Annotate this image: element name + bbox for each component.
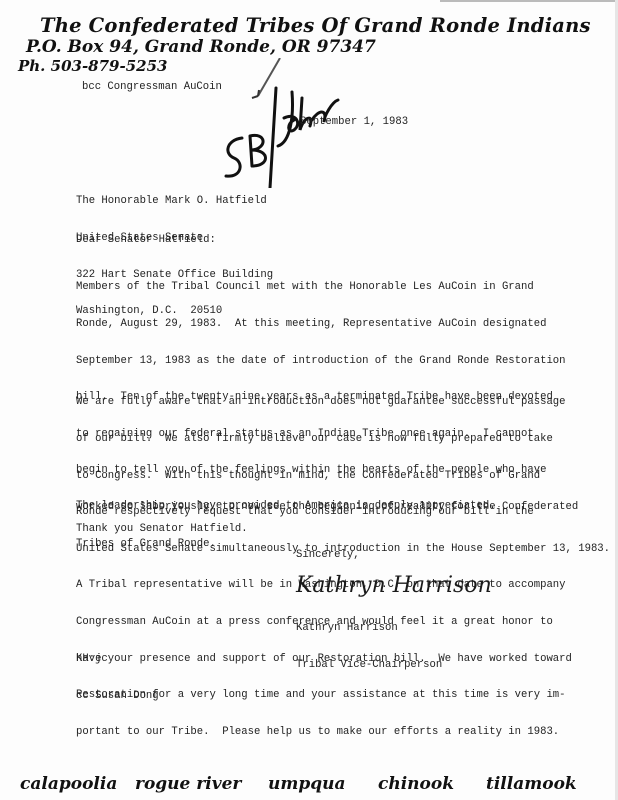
text-line: to Congress. With this thought in mind, … xyxy=(76,470,610,482)
footer-tribe: calapoolia xyxy=(20,774,117,794)
paragraph-3: The leadership you have provided to Amer… xyxy=(76,500,496,512)
letterhead-organization: The Confederated Tribes Of Grand Ronde I… xyxy=(40,14,591,37)
text-line: of our bill. We also firmly believe our … xyxy=(76,433,610,445)
text-line: September 13, 1983 as the date of introd… xyxy=(76,355,578,367)
scan-edge xyxy=(440,0,618,2)
text-line: Ronde, August 29, 1983. At this meeting,… xyxy=(76,318,578,330)
footer-tribe: rogue river xyxy=(135,774,241,794)
cc-line: cc Susan Dong xyxy=(76,690,159,702)
letter-page: The Confederated Tribes Of Grand Ronde I… xyxy=(0,0,618,800)
footer-tribes: calapoolia rogue river umpqua chinook ti… xyxy=(0,774,618,800)
reference-initials: KH:jc xyxy=(76,653,159,665)
salutation: Dear Senator Hatfield: xyxy=(76,234,216,246)
letterhead-address: P.O. Box 94, Grand Ronde, OR 97347 xyxy=(26,37,376,57)
recipient-line: The Honorable Mark O. Hatfield xyxy=(76,195,273,207)
letterhead-phone: Ph. 503-879-5253 xyxy=(18,57,167,75)
footer-tribe: tillamook xyxy=(486,774,577,794)
letter-date: September 1, 1983 xyxy=(300,116,408,128)
text-line: portant to our Tribe. Please help us to … xyxy=(76,726,610,738)
footer-tribe: umpqua xyxy=(268,774,346,794)
paragraph-4: Thank you Senator Hatfield. xyxy=(76,523,248,535)
signer-block: Kathryn Harrison Tribal Vice-Chairperson xyxy=(296,598,442,696)
signer-name: Kathryn Harrison xyxy=(296,622,442,634)
signer-title: Tribal Vice-Chairperson xyxy=(296,659,442,671)
closing: Sincerely, xyxy=(296,549,360,561)
text-line: We are fully aware that an introduction … xyxy=(76,396,610,408)
reference-block: KH:jc cc Susan Dong xyxy=(76,629,159,727)
signature-text: Kathryn Harrison xyxy=(295,573,492,598)
footer-tribe: chinook xyxy=(378,774,454,794)
text-line: Members of the Tribal Council met with t… xyxy=(76,281,578,293)
bcc-line: bcc Congressman AuCoin xyxy=(82,81,222,93)
